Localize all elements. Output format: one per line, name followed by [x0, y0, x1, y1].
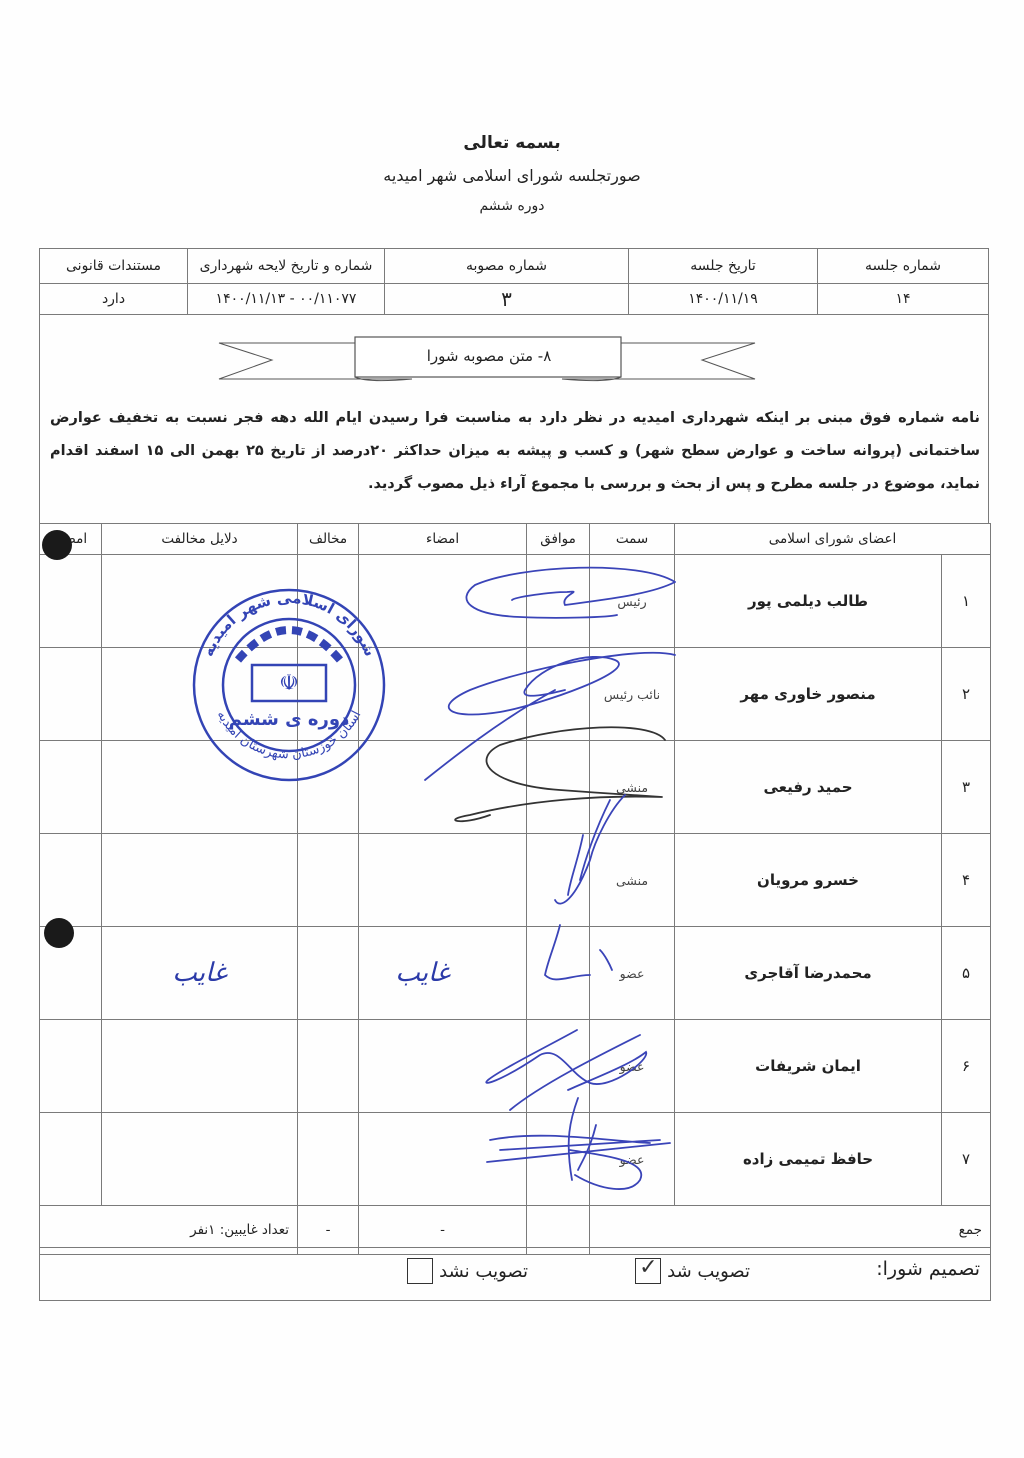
member-role: منشی: [590, 834, 675, 927]
meta-header-bill-number-date: شماره و تاریخ لایحه شهرداری: [188, 249, 385, 284]
punch-hole-icon: [42, 530, 72, 560]
header-agree: موافق: [527, 524, 590, 555]
document-invocation: بسمه تعالی: [0, 133, 1024, 153]
agree-cell: [527, 834, 590, 927]
header-signature: امضاء: [359, 524, 527, 555]
header-reasons: دلایل مخالفت: [102, 524, 298, 555]
disagree-cell: [298, 648, 359, 741]
signature-2-cell: [40, 741, 102, 834]
table-row: ۵ محمدرضا آقاجری عضو غایب غایب: [40, 927, 991, 1020]
member-role: رئیس: [590, 555, 675, 648]
reasons-cell: [102, 1113, 298, 1206]
reasons-cell: غایب: [102, 927, 298, 1020]
meta-resolution-number: ۳: [385, 284, 629, 315]
row-number: ۱: [942, 555, 991, 648]
table-row: ۳ حمید رفیعی منشی: [40, 741, 991, 834]
table-row: ۲ منصور خاوری مهر نائب رئیس: [40, 648, 991, 741]
reasons-cell: [102, 1020, 298, 1113]
row-number: ۷: [942, 1113, 991, 1206]
meta-header-session-date: تاریخ جلسه: [629, 249, 818, 284]
table-row: ۱ طالب دیلمی پور رئیس: [40, 555, 991, 648]
signature-cell: [359, 555, 527, 648]
table-row: ۶ ایمان شریفات عضو: [40, 1020, 991, 1113]
row-number: ۲: [942, 648, 991, 741]
document-term: دوره ششم: [0, 198, 1024, 214]
absent-handwritten-note: غایب: [395, 958, 449, 988]
meta-session-date: ۱۴۰۰/۱۱/۱۹: [629, 284, 818, 315]
meta-table: شماره جلسه تاریخ جلسه شماره مصوبه شماره …: [39, 248, 989, 315]
rejected-checkbox[interactable]: [407, 1258, 433, 1284]
reasons-cell: [102, 648, 298, 741]
disagree-cell: [298, 927, 359, 1020]
member-name: ایمان شریفات: [675, 1020, 942, 1113]
agree-cell: [527, 1113, 590, 1206]
header-members: اعضای شورای اسلامی: [675, 524, 991, 555]
meta-legal-documents: دارد: [40, 284, 188, 315]
disagree-cell: [298, 555, 359, 648]
member-name: محمدرضا آقاجری: [675, 927, 942, 1020]
reasons-cell: [102, 834, 298, 927]
member-role: منشی: [590, 741, 675, 834]
agree-cell: [527, 555, 590, 648]
disagree-cell: [298, 1113, 359, 1206]
approved-checkbox[interactable]: ✓: [635, 1258, 661, 1284]
member-role: عضو: [590, 1020, 675, 1113]
resolution-body: نامه شماره فوق مبنی بر اینکه شهرداری امی…: [50, 402, 980, 501]
member-name: حافظ تمیمی زاده: [675, 1113, 942, 1206]
rejected-label: تصویب نشد: [439, 1261, 528, 1282]
members-table: اعضای شورای اسلامی سمت موافق امضاء مخالف…: [39, 523, 991, 1255]
header-disagree: مخالف: [298, 524, 359, 555]
reasons-cell: [102, 555, 298, 648]
meta-bill-number-date: ۰۰/۱۱۰۷۷ - ۱۴۰۰/۱۱/۱۳: [188, 284, 385, 315]
document-title: صورتجلسه شورای اسلامی شهر امیدیه: [0, 166, 1024, 185]
section-title: ۸- متن مصوبه شورا: [355, 337, 623, 375]
meta-header-resolution-number: شماره مصوبه: [385, 249, 629, 284]
decision-label: تصمیم شورا:: [876, 1258, 980, 1280]
option-rejected[interactable]: تصویب نشد: [407, 1258, 528, 1284]
meta-session-number: ۱۴: [818, 284, 989, 315]
agree-cell: [527, 1020, 590, 1113]
row-number: ۳: [942, 741, 991, 834]
disagree-cell: [298, 834, 359, 927]
disagree-cell: [298, 1020, 359, 1113]
punch-hole-icon: [44, 918, 74, 948]
signature-2-cell: [40, 648, 102, 741]
signature-cell: [359, 834, 527, 927]
signature-cell: [359, 648, 527, 741]
signature-cell: غایب: [359, 927, 527, 1020]
member-role: عضو: [590, 927, 675, 1020]
meta-header-session-number: شماره جلسه: [818, 249, 989, 284]
meta-header-legal-documents: مستندات قانونی: [40, 249, 188, 284]
signature-cell: [359, 1113, 527, 1206]
member-role: نائب رئیس: [590, 648, 675, 741]
row-number: ۶: [942, 1020, 991, 1113]
disagree-cell: [298, 741, 359, 834]
agree-cell: [527, 927, 590, 1020]
agree-cell: [527, 741, 590, 834]
checkmark-icon: ✓: [639, 1255, 657, 1280]
table-row: ۷ حافظ تمیمی زاده عضو: [40, 1113, 991, 1206]
signature-2-cell: [40, 1113, 102, 1206]
member-name: منصور خاوری مهر: [675, 648, 942, 741]
signature-2-cell: [40, 834, 102, 927]
member-name: خسرو مرویان: [675, 834, 942, 927]
member-role: عضو: [590, 1113, 675, 1206]
row-number: ۵: [942, 927, 991, 1020]
signature-cell: [359, 1020, 527, 1113]
agree-cell: [527, 648, 590, 741]
row-number: ۴: [942, 834, 991, 927]
member-name: طالب دیلمی پور: [675, 555, 942, 648]
absent-reason-handwritten-note: غایب: [172, 958, 226, 988]
signature-cell: [359, 741, 527, 834]
member-name: حمید رفیعی: [675, 741, 942, 834]
council-decision: تصمیم شورا: تصویب شد ✓ تصویب نشد: [39, 1247, 991, 1301]
signature-2-cell: [40, 555, 102, 648]
header-role: سمت: [590, 524, 675, 555]
signature-2-cell: [40, 1020, 102, 1113]
table-row: ۴ خسرو مرویان منشی: [40, 834, 991, 927]
approved-label: تصویب شد: [667, 1261, 750, 1282]
reasons-cell: [102, 741, 298, 834]
option-approved[interactable]: تصویب شد ✓: [635, 1258, 750, 1284]
